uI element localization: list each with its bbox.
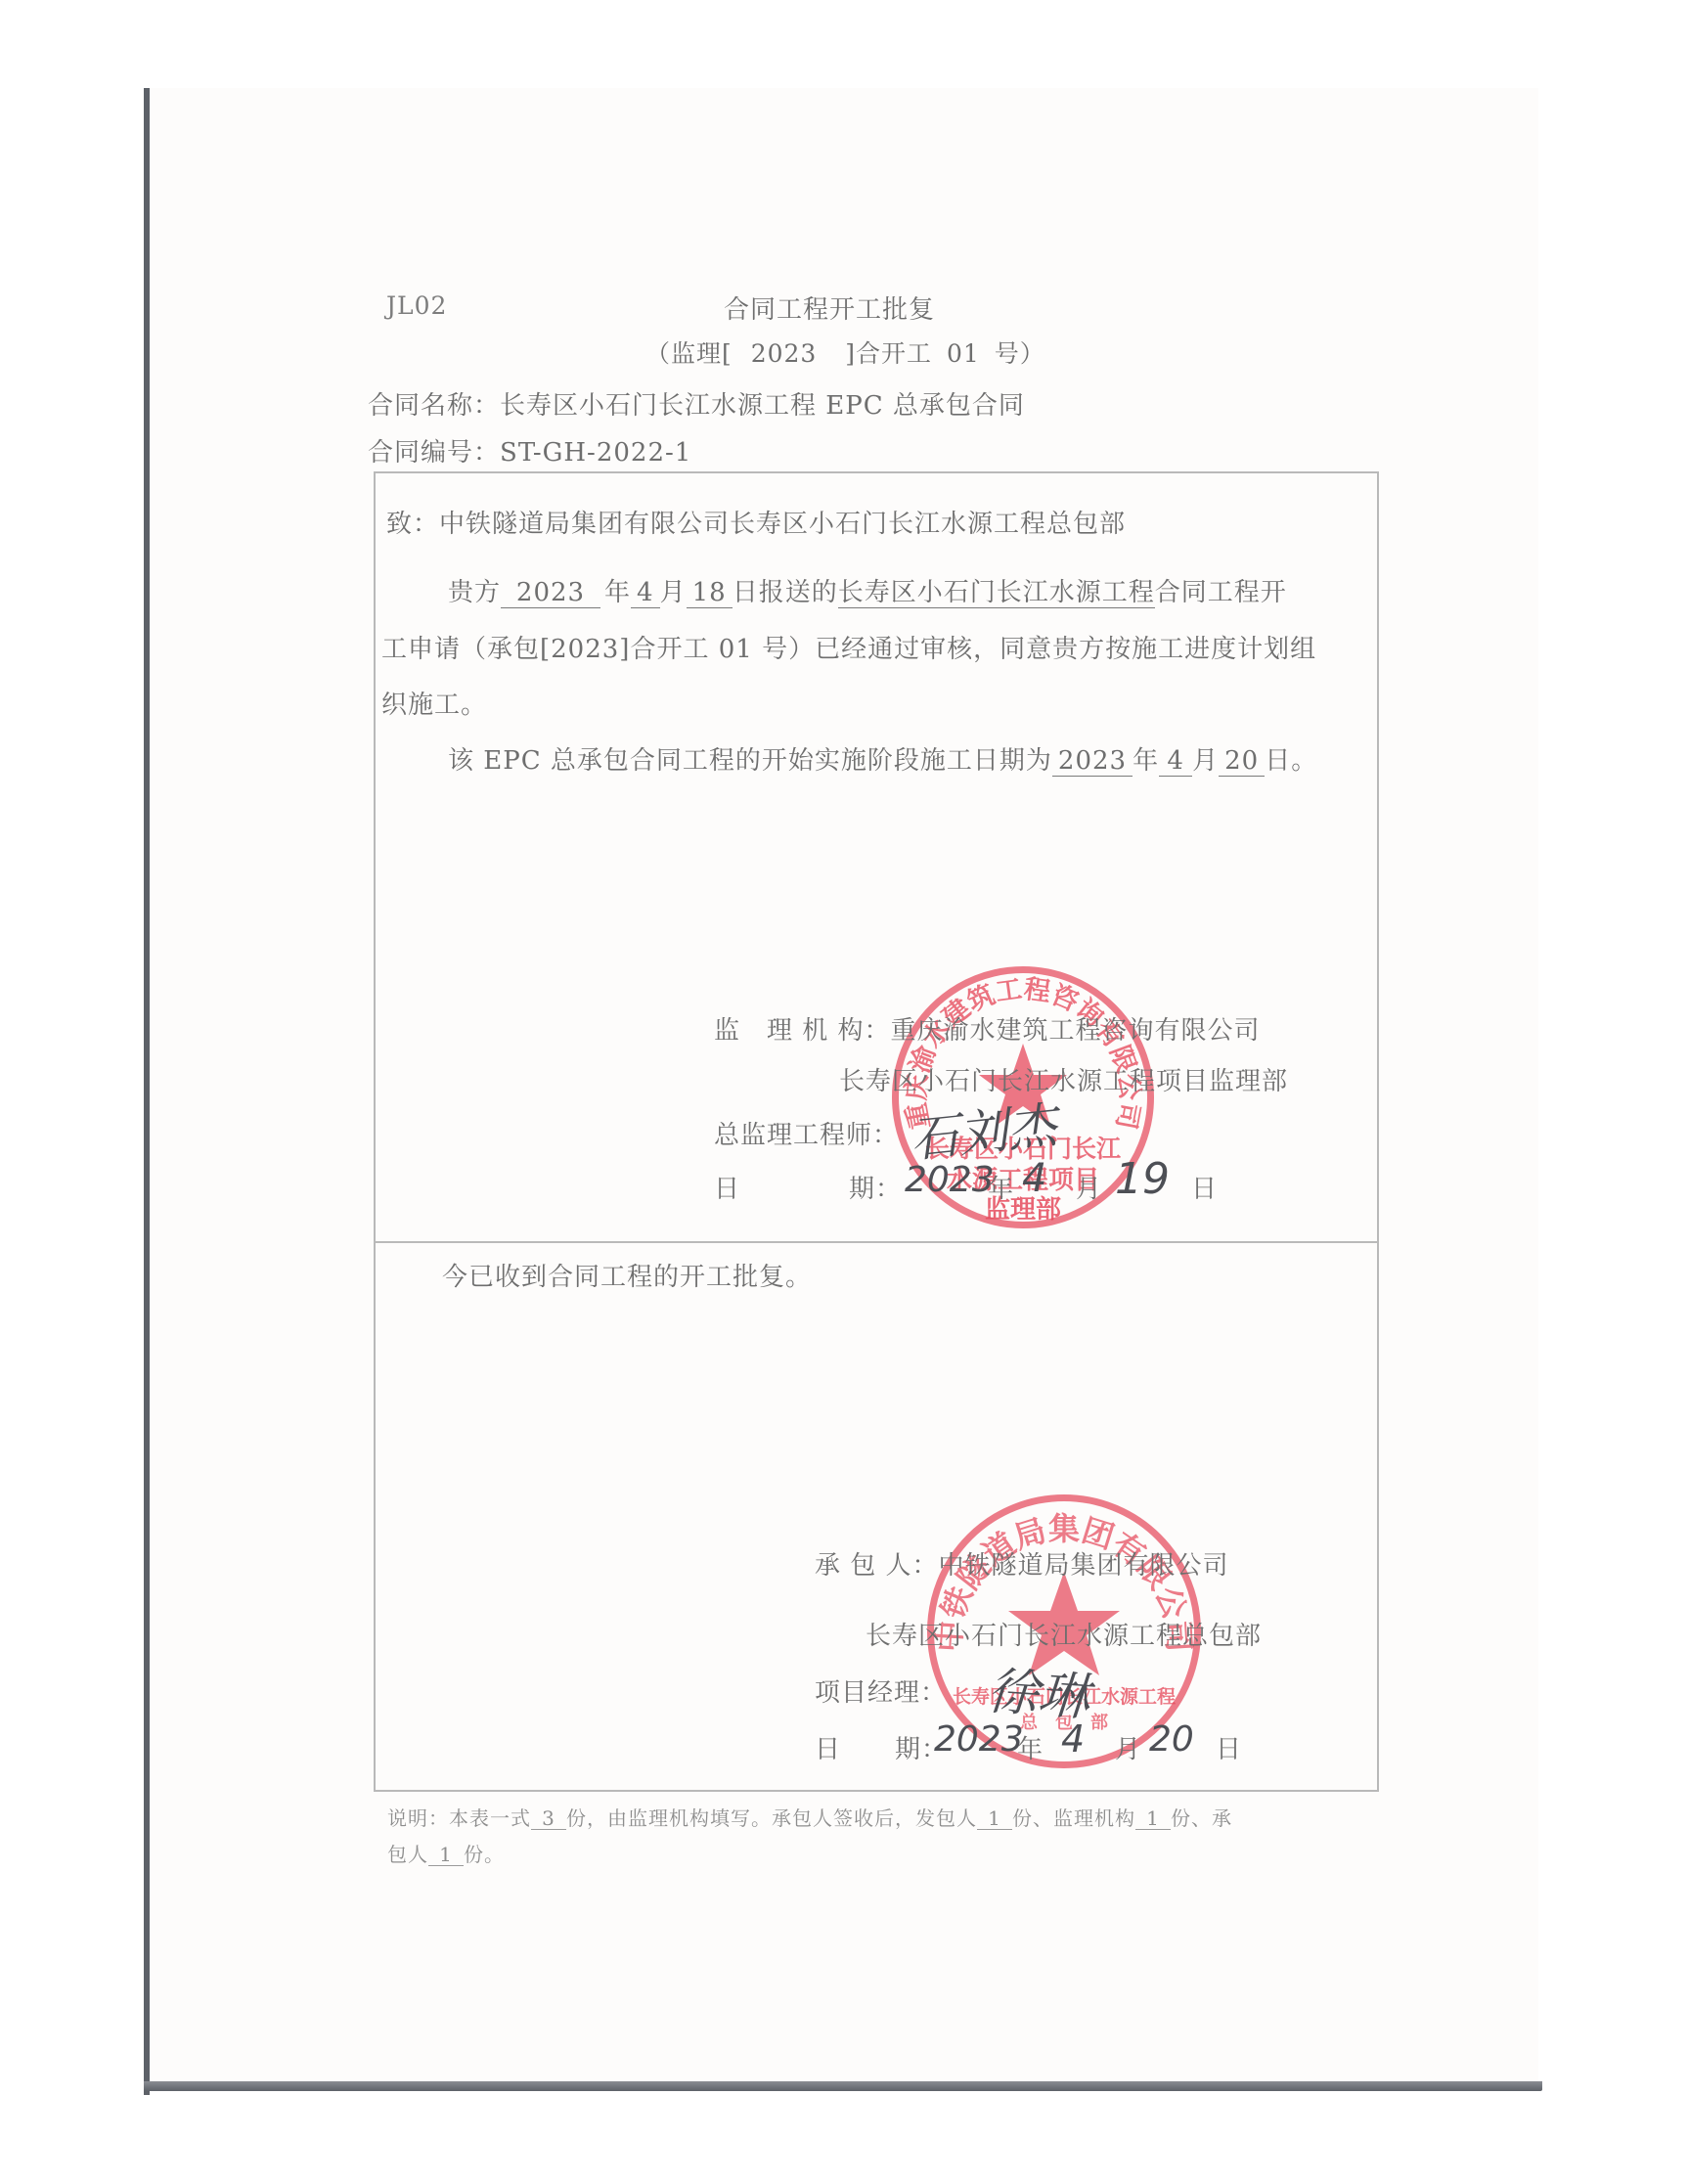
supervisor-org: 重庆渝水建筑工程咨询有限公司 <box>891 1016 1261 1046</box>
supervisor-date-month: 4 <box>1022 1156 1046 1201</box>
para1-text-2: 日报送的 <box>733 578 838 607</box>
note-text-4: 份、承 <box>1171 1806 1232 1830</box>
receipt-date-year-char: 年 <box>1017 1729 1044 1765</box>
approval-paragraph-1-line-1: 贵方2023年4月18日报送的长寿区小石门长江水源工程合同工程开 <box>448 572 1287 608</box>
receipt-text: 今已收到合同工程的开工批复。 <box>442 1257 812 1293</box>
note-copies-contractor: 1 <box>428 1844 464 1866</box>
para2-month-char: 月 <box>1192 746 1219 776</box>
project-name: 长寿区小石门长江水源工程 <box>838 579 1155 608</box>
receipt-date-day-char: 日 <box>1216 1729 1242 1765</box>
note-text-2: 份，由监理机构填写。承包人签收后，发包人 <box>566 1806 977 1830</box>
approval-paragraph-1-line-2: 工申请（承包[2023]合开工 01 号）已经通过审核，同意贵方按施工进度计划组 <box>381 629 1316 665</box>
supervisor-org-label: 监 理 机 构： <box>714 1016 891 1046</box>
project-manager-label: 项目经理： <box>815 1672 947 1709</box>
contract-no: ST-GH-2022-1 <box>500 438 691 468</box>
document-title: 合同工程开工批复 <box>724 290 935 326</box>
supervisor-date-month-char: 月 <box>1076 1169 1102 1205</box>
supervisor-date-year: 2023 <box>905 1160 995 1200</box>
note-text-1: 说明：本表一式 <box>387 1806 531 1830</box>
note-text-3: 份、监理机构 <box>1012 1806 1135 1830</box>
table-divider <box>374 1241 1379 1243</box>
para1-month-char: 月 <box>660 578 687 607</box>
submit-month: 4 <box>631 579 660 608</box>
doc-number-year: 2023 <box>741 339 827 368</box>
doc-number-seq: 01 <box>941 339 986 368</box>
supervisor-date-year-char: 年 <box>988 1169 1014 1205</box>
supervisor-org-dept: 长寿区小石门长江水源工程项目监理部 <box>839 1061 1288 1097</box>
supervisor-org-row: 监 理 机 构：重庆渝水建筑工程咨询有限公司 <box>714 1010 1261 1047</box>
para2-year-char: 年 <box>1133 746 1159 776</box>
receipt-date-day: 20 <box>1149 1719 1194 1760</box>
submit-year: 2023 <box>501 579 600 608</box>
supervisor-date-day: 19 <box>1115 1154 1170 1204</box>
note-copies-supervisor: 1 <box>1135 1807 1171 1830</box>
footnote-line-1: 说明：本表一式3份，由监理机构填写。承包人签收后，发包人1份、监理机构1份、承 <box>387 1803 1232 1831</box>
note-copies-owner: 1 <box>977 1807 1012 1830</box>
receipt-date-year: 2023 <box>934 1719 1024 1760</box>
addressee-label: 致： <box>386 510 439 539</box>
contractor-label: 承 包 人： <box>815 1551 939 1581</box>
contract-name-row: 合同名称：长寿区小石门长江水源工程 EPC 总承包合同 <box>368 385 1025 422</box>
doc-number-prefix: （监理[ <box>645 339 733 368</box>
start-month: 4 <box>1159 747 1192 777</box>
note-copies-total: 3 <box>531 1807 566 1830</box>
contract-no-label: 合同编号： <box>368 438 500 468</box>
supervisor-date-label-left: 日 <box>714 1169 740 1205</box>
approval-paragraph-2: 该 EPC 总承包合同工程的开始实施阶段施工日期为2023年4月20日。 <box>448 740 1317 777</box>
addressee-row: 致：中铁隧道局集团有限公司长寿区小石门长江水源工程总包部 <box>386 504 1126 540</box>
approval-paragraph-1-line-3: 织施工。 <box>381 685 487 721</box>
receipt-date-label-left: 日 <box>815 1729 841 1765</box>
contract-no-row: 合同编号：ST-GH-2022-1 <box>368 432 691 468</box>
submit-day: 18 <box>687 579 733 608</box>
note-text-6: 份。 <box>464 1843 505 1866</box>
footnote-line-2: 包人1份。 <box>387 1839 505 1867</box>
contractor-row: 承 包 人：中铁隧道局集团有限公司 <box>815 1545 1229 1582</box>
contract-name: 长寿区小石门长江水源工程 EPC 总承包合同 <box>500 391 1025 421</box>
addressee: 中铁隧道局集团有限公司长寿区小石门长江水源工程总包部 <box>439 510 1126 539</box>
contractor-name: 中铁隧道局集团有限公司 <box>939 1551 1229 1581</box>
form-code: JL02 <box>386 291 447 320</box>
chief-engineer-label: 总监理工程师： <box>714 1115 899 1151</box>
contractor-dept: 长寿区小石门长江水源工程总包部 <box>866 1616 1262 1652</box>
contract-name-label: 合同名称： <box>368 391 500 421</box>
supervisor-date-label-right: 期： <box>849 1169 902 1205</box>
para1-text-3: 合同工程开 <box>1155 578 1287 607</box>
para1-year-char: 年 <box>600 578 631 607</box>
receipt-date-month: 4 <box>1061 1717 1085 1761</box>
note-text-5: 包人 <box>387 1843 428 1866</box>
para2-day-char: 日。 <box>1265 746 1317 776</box>
doc-number-mid: ]合开工 <box>835 339 932 368</box>
para1-text: 贵方 <box>448 578 501 607</box>
supervisor-date-day-char: 日 <box>1191 1169 1218 1205</box>
scan-edge-bottom <box>144 2081 1542 2091</box>
receipt-date-month-char: 月 <box>1115 1729 1141 1765</box>
para2-text: 该 EPC 总承包合同工程的开始实施阶段施工日期为 <box>448 746 1052 776</box>
start-day: 20 <box>1219 747 1265 777</box>
doc-number-suffix: 号） <box>995 339 1045 368</box>
document-number: （监理[ 2023 ]合开工 01 号） <box>645 334 1045 370</box>
start-year: 2023 <box>1052 747 1133 777</box>
